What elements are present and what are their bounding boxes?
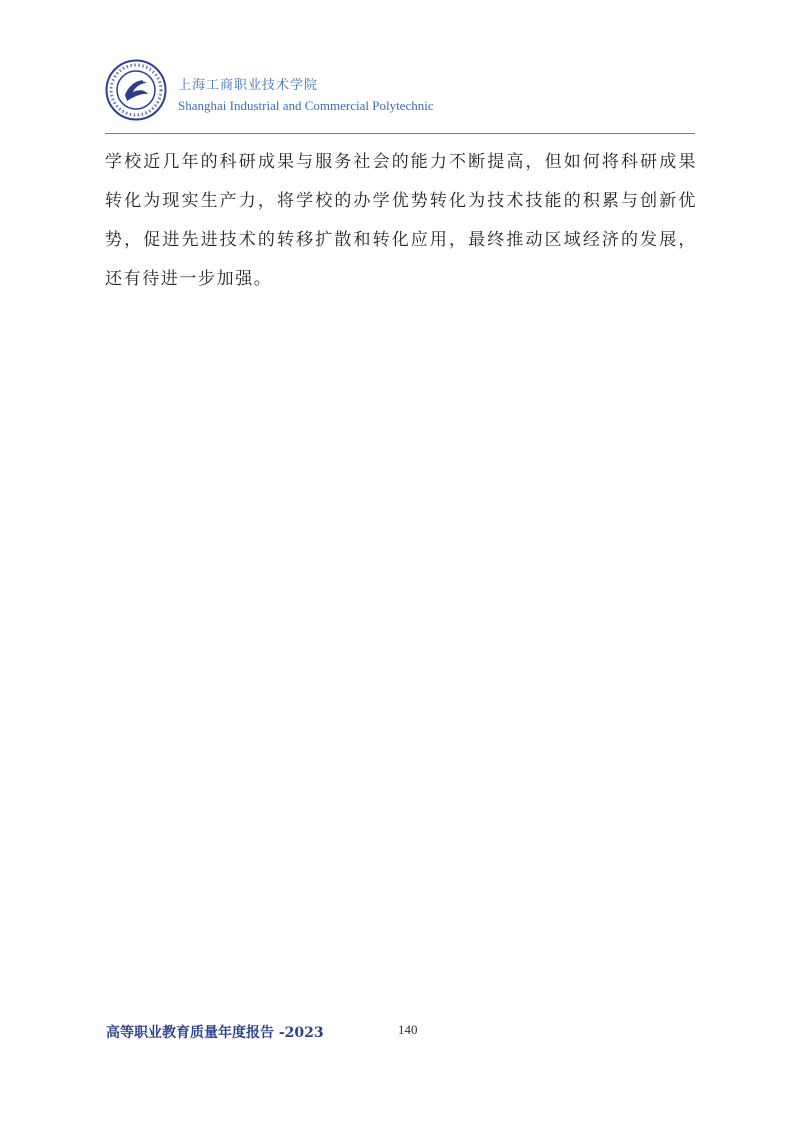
body-paragraph: 学校近几年的科研成果与服务社会的能力不断提高，但如何将科研成果转化为现实生产力，… xyxy=(105,143,697,299)
school-emblem-icon xyxy=(105,59,167,121)
school-name-chinese: 上海工商职业技术学院 xyxy=(178,74,318,93)
school-name-english: Shanghai Industrial and Commercial Polyt… xyxy=(178,98,434,114)
page-number: 140 xyxy=(398,1022,418,1038)
footer-report-title: 高等职业教育质量年度报告 -2023 xyxy=(106,1022,324,1042)
header-divider xyxy=(105,133,695,134)
